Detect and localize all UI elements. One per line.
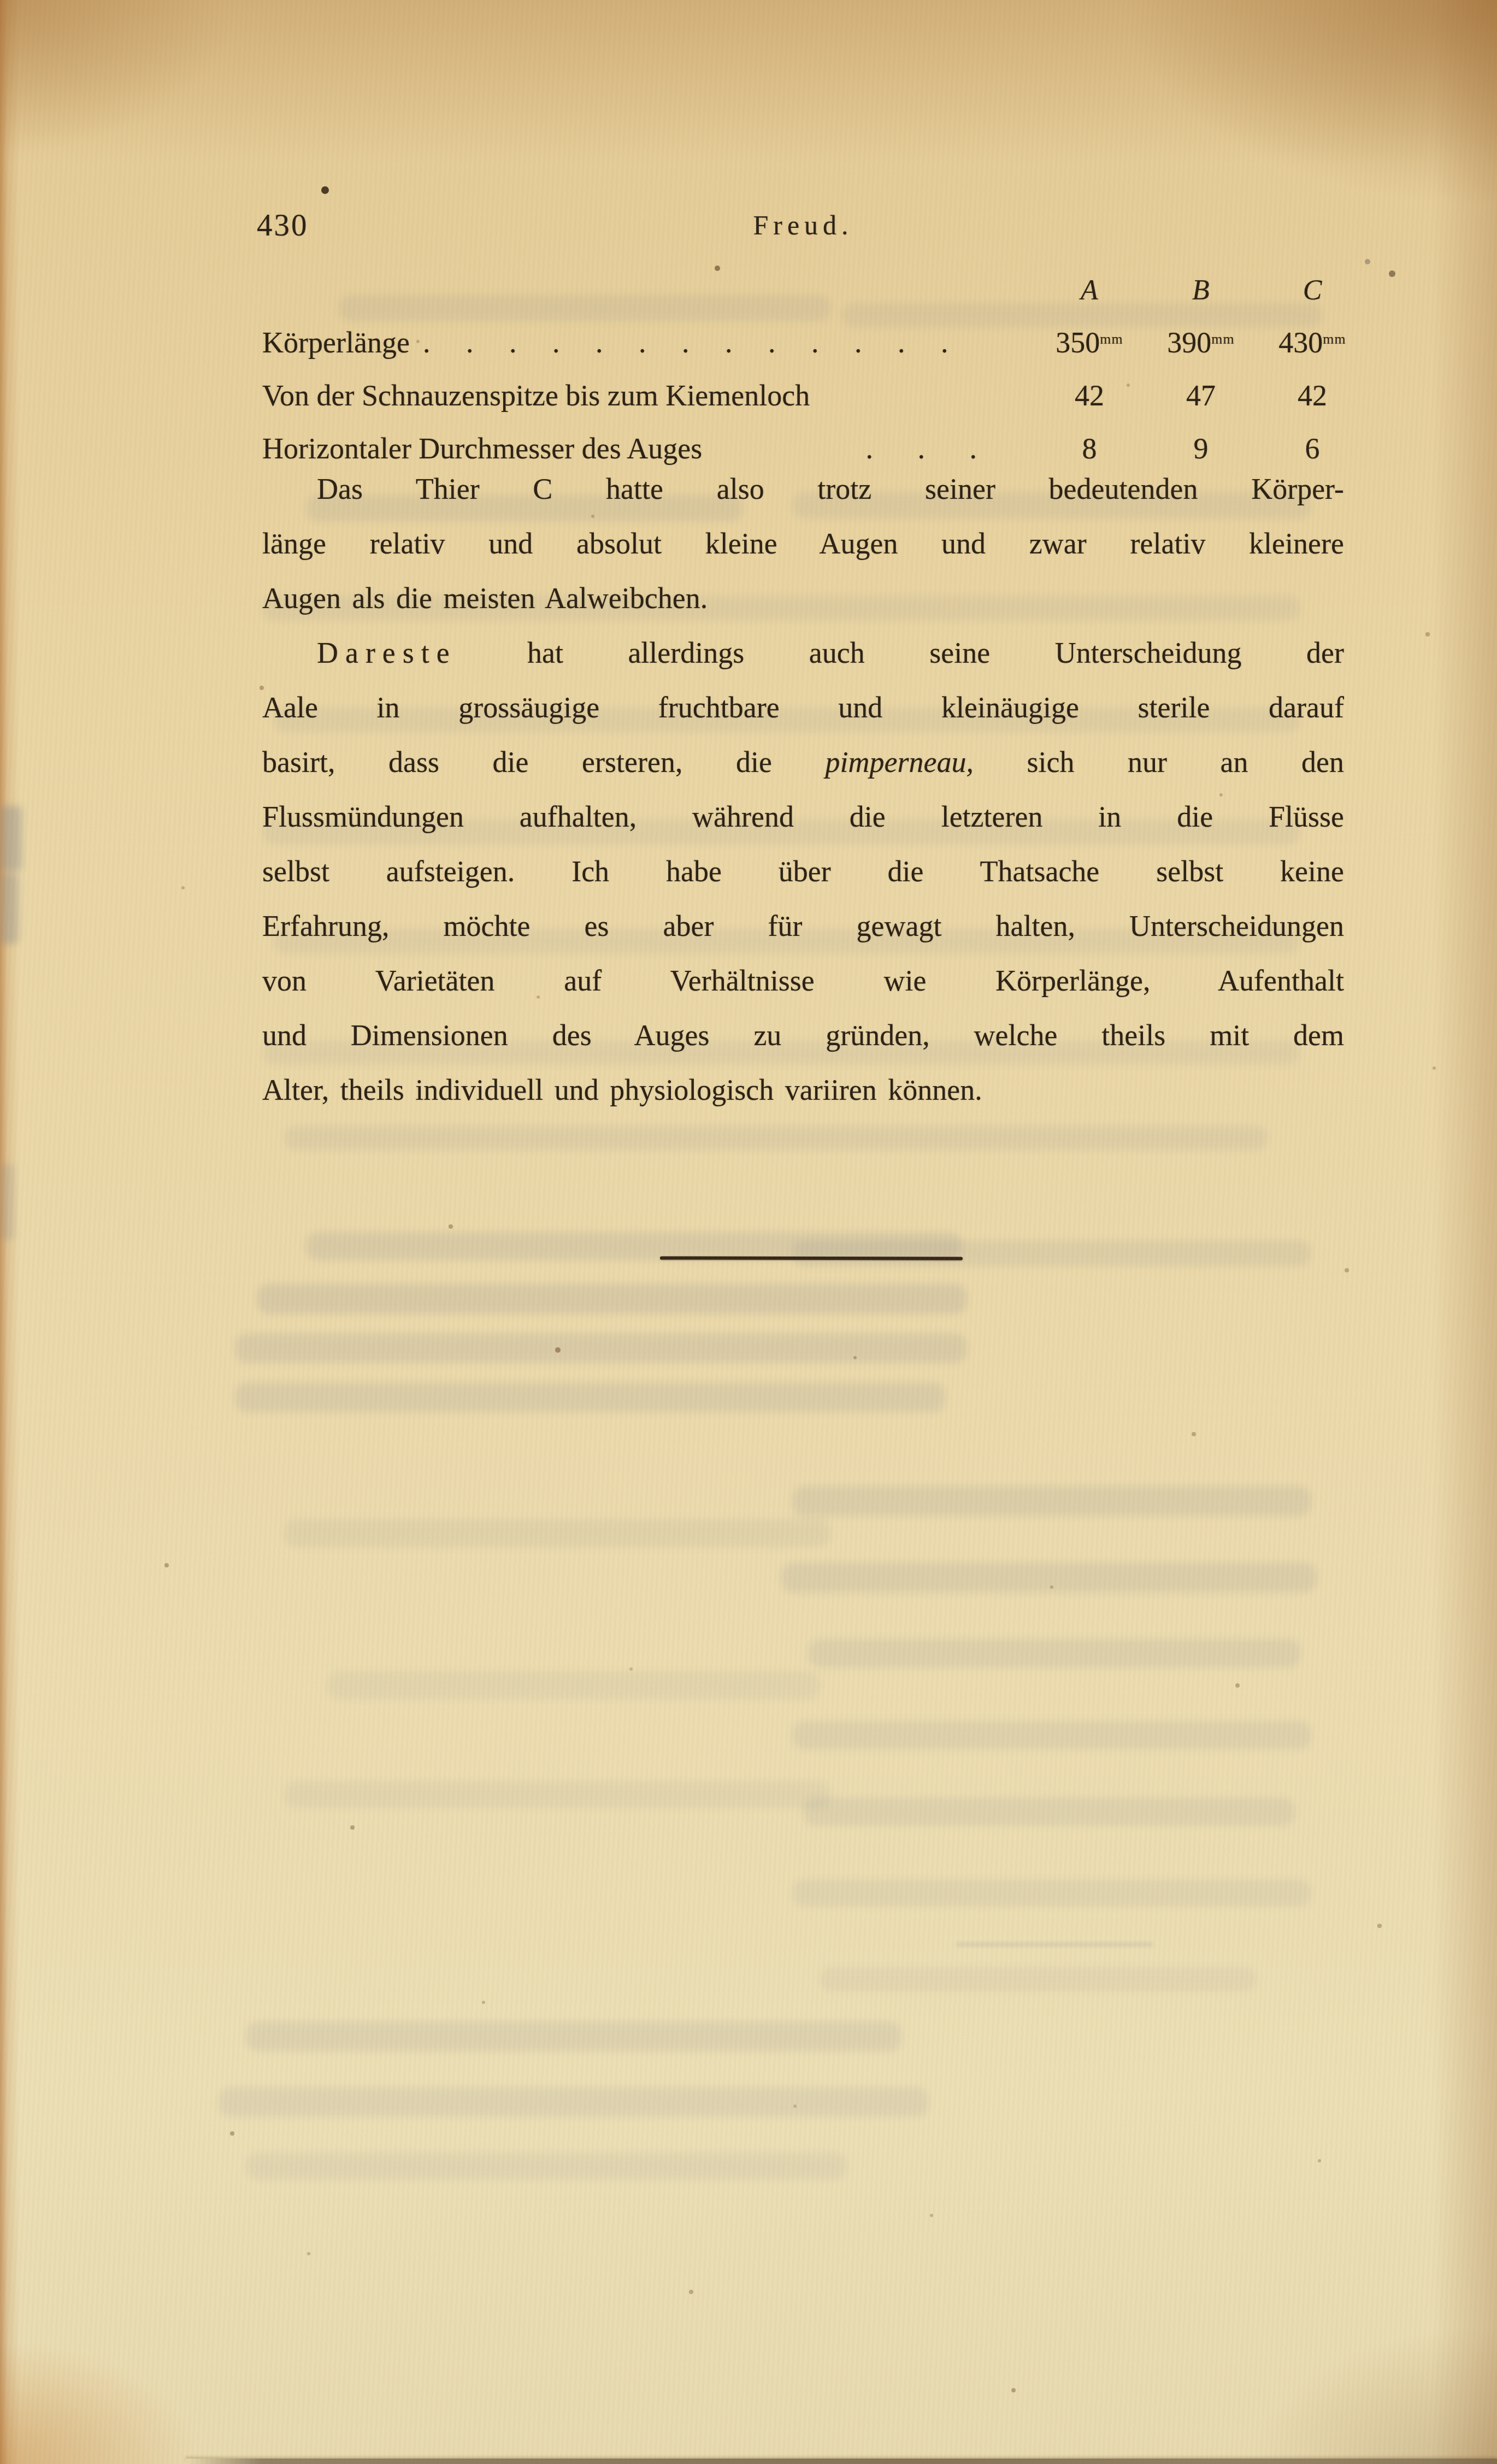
bleed-through-smudge — [792, 1721, 1311, 1749]
unit-superscript: mm — [1211, 331, 1234, 347]
text-line: Alter, theils individuell und physiologi… — [262, 1063, 1344, 1117]
text-segment: basirt, dass die ersteren, die — [262, 746, 772, 779]
column-header-a: A — [1034, 269, 1145, 313]
row-label: Von der Schnauzenspitze bis zum Kiemenlo… — [262, 369, 810, 422]
text-line: und Dimensionen des Auges zu gründen, we… — [262, 1008, 1344, 1063]
value-cell: 350mm — [1034, 313, 1145, 369]
bleed-through-smudge — [246, 2153, 847, 2180]
unit-superscript: mm — [1323, 331, 1346, 347]
body-text: Das Thier C hatte also trotz seiner bede… — [262, 462, 1344, 1117]
bleed-through-smudge — [246, 2021, 901, 2052]
bleed-through-smudge — [235, 1382, 945, 1412]
bleed-through-smudge — [284, 1781, 830, 1808]
value-cell: 42 — [1257, 369, 1368, 422]
row-values: 350mm 390mm 430mm — [1034, 313, 1368, 369]
text-segment: hat allerdings auch seine Unterscheidung… — [527, 636, 1344, 669]
value-number: 390 — [1167, 326, 1211, 359]
section-divider-rule — [660, 1256, 963, 1260]
text-line: Dareste hat allerdings auch seine Unters… — [262, 626, 1344, 680]
value-cell: 47 — [1145, 369, 1257, 422]
edge-smudge — [0, 873, 19, 944]
edge-smudge — [0, 806, 22, 871]
bleed-through-smudge — [809, 1639, 1300, 1667]
table-row: Von der Schnauzenspitze bis zum Kiemenlo… — [262, 369, 1368, 422]
bleed-through-smudge — [792, 1240, 1311, 1266]
text-segment: sich nur an den — [1027, 746, 1345, 779]
dot-leader: . . . . . . . . . . . . . — [410, 316, 1034, 369]
text-line: von Varietäten auf Verhältnisse wie Körp… — [262, 953, 1344, 1008]
bleed-through-smudge — [284, 1125, 1268, 1151]
column-header-b: B — [1145, 269, 1257, 313]
text-line: selbst aufsteigen. Ich habe über die Tha… — [262, 844, 1344, 899]
bleed-through-smudge — [235, 1333, 967, 1363]
bleed-through-smudge — [781, 1563, 1317, 1593]
bleed-through-smudge — [257, 1284, 967, 1314]
unit-superscript: mm — [1100, 331, 1123, 347]
bleed-through-smudge — [284, 1519, 830, 1547]
column-header-c: C — [1257, 269, 1368, 313]
running-head: Freud. — [262, 209, 1344, 241]
table-header-row: A B C — [262, 269, 1368, 313]
bleed-through-smudge — [328, 1672, 820, 1699]
bleed-through-smudge — [306, 1232, 962, 1260]
measurement-table: A B C Körperlänge . . . . . . . . . . . … — [262, 269, 1368, 475]
row-label: Körperlänge — [262, 316, 410, 369]
bleed-through-smudge — [792, 1486, 1311, 1516]
text-line: länge relativ und absolut kleine Augen u… — [262, 516, 1344, 571]
text-line: Erfahrung, möchte es aber für gewagt hal… — [262, 899, 1344, 953]
edge-smudge — [0, 1164, 14, 1240]
table-row: Körperlänge . . . . . . . . . . . . . 35… — [262, 313, 1368, 369]
text-line: basirt, dass die ersteren, die pimpernea… — [262, 735, 1344, 789]
bleed-through-smudge — [820, 1967, 1257, 1991]
value-cell: 430mm — [1257, 313, 1368, 369]
value-cell: 42 — [1034, 369, 1145, 422]
emphasized-author-name: Dareste — [317, 636, 462, 669]
bleed-through-smudge — [803, 1797, 1295, 1826]
value-cell: 390mm — [1145, 313, 1257, 369]
bleed-through-smudge — [792, 1879, 1311, 1907]
bleed-through-rule — [956, 1942, 1153, 1947]
text-line: Flussmündungen aufhalten, während die le… — [262, 789, 1344, 844]
text-line: Aale in grossäugige fruchtbare und klein… — [262, 680, 1344, 735]
value-number: 430 — [1278, 326, 1323, 359]
text-line: Das Thier C hatte also trotz seiner bede… — [262, 462, 1344, 516]
italic-term: pimperneau, — [826, 746, 974, 779]
book-page-scan: 430 Freud. A B C Körperlänge . . . . . .… — [0, 0, 1497, 2464]
value-number: 350 — [1056, 326, 1100, 359]
scan-bottom-edge — [186, 2459, 1497, 2464]
column-headers: A B C — [1034, 269, 1368, 313]
paper-speckles — [0, 0, 3, 3]
bleed-through-smudge — [219, 2087, 929, 2117]
text-line: Augen als die meisten Aalweibchen. — [262, 571, 1344, 626]
row-values: 42 47 42 — [1034, 369, 1368, 422]
